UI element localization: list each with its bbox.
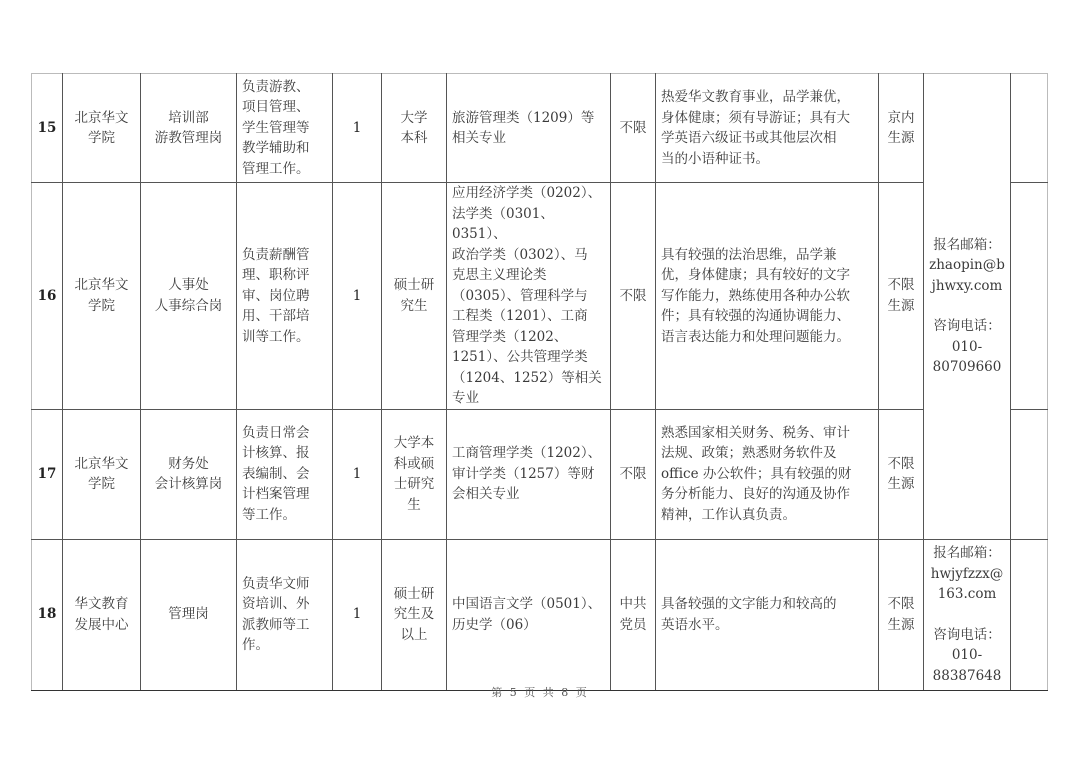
- phone-label: 咨询电话：: [929, 625, 1005, 646]
- source-cell: 京内 生源: [879, 74, 924, 183]
- unit-cell: 北京华文 学院: [63, 183, 141, 410]
- politics-cell: 中共 党员: [611, 539, 656, 690]
- major-cell: 旅游管理类（1209）等 相关专业: [447, 74, 611, 183]
- phone-label: 咨询电话：: [929, 316, 1005, 337]
- row-number: 17: [32, 409, 63, 539]
- recruitment-table: 15 北京华文 学院 培训部 游教管理岗 负责游教、 项目管理、 学生管理等 教…: [31, 73, 1048, 691]
- politics-cell: 不限: [611, 409, 656, 539]
- politics-cell: 不限: [611, 74, 656, 183]
- requirements-cell: 具有较强的法治思维，品学兼 优，身体健康；具有较好的文字 写作能力，熟练使用各种…: [656, 183, 879, 410]
- source-cell: 不限 生源: [879, 183, 924, 410]
- row-number: 18: [32, 539, 63, 690]
- document-page: 15 北京华文 学院 培训部 游教管理岗 负责游教、 项目管理、 学生管理等 教…: [0, 0, 1080, 763]
- email-label: 报名邮箱：: [929, 235, 1005, 256]
- duties-cell: 负责华文师 资培训、外 派教师等工 作。: [237, 539, 333, 690]
- major-cell: 中国语言文学（0501）、 历史学（06）: [447, 539, 611, 690]
- contact-cell: 报名邮箱： hwjyfzzx@ 163.com 咨询电话： 010- 88387…: [924, 539, 1011, 690]
- unit-cell: 北京华文 学院: [63, 74, 141, 183]
- duties-cell: 负责游教、 项目管理、 学生管理等 教学辅助和 管理工作。: [237, 74, 333, 183]
- email-address: hwjyfzzx@ 163.com: [929, 564, 1005, 605]
- unit-cell: 华文教育 发展中心: [63, 539, 141, 690]
- requirements-cell: 热爱华文教育事业，品学兼优， 身体健康；须有导游证；具有大 学英语六级证书或其他…: [656, 74, 879, 183]
- position-cell: 人事处 人事综合岗: [141, 183, 237, 410]
- contact-cell: 报名邮箱： zhaopin@b jhwxy.com 咨询电话： 010- 807…: [924, 74, 1011, 540]
- phone-number: 010- 88387648: [929, 645, 1005, 686]
- position-cell: 培训部 游教管理岗: [141, 74, 237, 183]
- table-row: 17 北京华文 学院 财务处 会计核算岗 负责日常会 计核算、报 表编制、会 计…: [32, 409, 1048, 539]
- duties-cell: 负责日常会 计核算、报 表编制、会 计档案管理 等工作。: [237, 409, 333, 539]
- position-cell: 财务处 会计核算岗: [141, 409, 237, 539]
- requirements-cell: 熟悉国家相关财务、税务、审计 法规、政策；熟悉财务软件及 office 办公软件…: [656, 409, 879, 539]
- source-cell: 不限 生源: [879, 539, 924, 690]
- table-row: 15 北京华文 学院 培训部 游教管理岗 负责游教、 项目管理、 学生管理等 教…: [32, 74, 1048, 183]
- requirements-cell: 具备较强的文字能力和较高的 英语水平。: [656, 539, 879, 690]
- education-cell: 硕士研 究生及 以上: [382, 539, 447, 690]
- education-cell: 大学本 科或硕 士研究 生: [382, 409, 447, 539]
- education-cell: 硕士研 究生: [382, 183, 447, 410]
- remarks-cell: [1011, 183, 1048, 410]
- count-cell: 1: [333, 409, 382, 539]
- count-cell: 1: [333, 539, 382, 690]
- email-address: zhaopin@b jhwxy.com: [929, 255, 1005, 296]
- count-cell: 1: [333, 74, 382, 183]
- row-number: 16: [32, 183, 63, 410]
- source-cell: 不限 生源: [879, 409, 924, 539]
- phone-number: 010- 80709660: [929, 337, 1005, 378]
- table-row: 16 北京华文 学院 人事处 人事综合岗 负责薪酬管 理、职称评 审、岗位聘 用…: [32, 183, 1048, 410]
- major-cell: 应用经济学类（0202）、 法学类（0301、0351）、 政治学类（0302）…: [447, 183, 611, 410]
- politics-cell: 不限: [611, 183, 656, 410]
- remarks-cell: [1011, 409, 1048, 539]
- education-cell: 大学 本科: [382, 74, 447, 183]
- table-row: 18 华文教育 发展中心 管理岗 负责华文师 资培训、外 派教师等工 作。 1 …: [32, 539, 1048, 690]
- major-cell: 工商管理学类（1202）、 审计学类（1257）等财 会相关专业: [447, 409, 611, 539]
- row-number: 15: [32, 74, 63, 183]
- unit-cell: 北京华文 学院: [63, 409, 141, 539]
- email-label: 报名邮箱：: [929, 543, 1005, 564]
- duties-cell: 负责薪酬管 理、职称评 审、岗位聘 用、干部培 训等工作。: [237, 183, 333, 410]
- position-cell: 管理岗: [141, 539, 237, 690]
- remarks-cell: [1011, 539, 1048, 690]
- count-cell: 1: [333, 183, 382, 410]
- remarks-cell: [1011, 74, 1048, 183]
- page-number: 第 5 页 共 8 页: [0, 684, 1080, 700]
